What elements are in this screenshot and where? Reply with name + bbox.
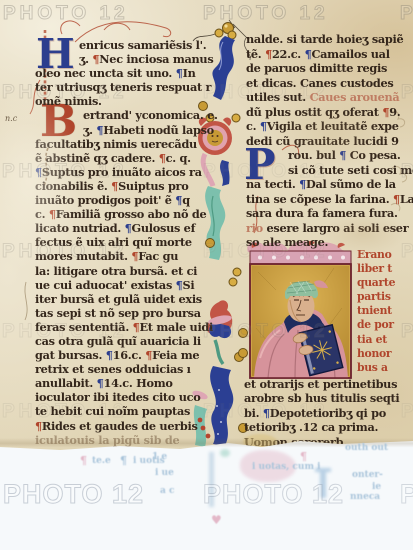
text-segment: bus a: [357, 361, 388, 374]
text-segment: et dicas. Canes custodes: [246, 76, 393, 90]
text-segment: et otrarijs et pertinetibus: [244, 377, 397, 391]
text-segment: utiles sut.: [246, 90, 310, 104]
miniature-portrait: [238, 238, 360, 383]
text-segment: iter bursã et gulã uidet exis: [35, 292, 202, 306]
text-segment: 16.c.: [113, 348, 146, 362]
text-segment: 14.c. Homo: [104, 376, 173, 390]
paragraph-mark: ¶: [263, 406, 270, 420]
text-segment: 9.: [389, 105, 400, 119]
paragraph-mark: ¶: [49, 207, 56, 221]
ghost-text: ie: [372, 482, 381, 492]
text-line: ʒ. ¶Nec inciosa manus: [35, 52, 213, 66]
ghost-blue-mark: [320, 468, 326, 498]
text-segment: rou. bul: [288, 148, 339, 162]
text-segment: ʒ.: [79, 52, 92, 66]
ghost-teal-dot: [220, 449, 230, 457]
ghost-text: i uotas, cum i: [252, 462, 321, 472]
text-segment: oleo nec uncta sit uno.: [35, 66, 176, 80]
text-segment: c. q.: [166, 151, 191, 165]
text-line: partis: [357, 290, 409, 304]
text-segment: anullabit.: [35, 376, 97, 390]
text-line: anullabit. ¶14.c. Homo: [35, 376, 213, 390]
text-line: quarte: [357, 276, 409, 290]
text-line: tẽ. ¶22.c. ¶Camailos ual: [246, 47, 408, 62]
text-segment: honor: [357, 347, 391, 360]
text-line: de por: [357, 318, 409, 332]
ghost-text: ¶: [120, 454, 127, 467]
text-line: oleo nec uncta sit uno. ¶In: [35, 66, 213, 80]
text-line: cionabilis ẽ. ¶Suiptus pro: [35, 179, 213, 193]
text-line: inuãto prodigos poit' ẽ ¶q: [35, 193, 213, 207]
text-segment: nalde. si tarde hoieʒ sapiẽ: [246, 32, 403, 46]
text-segment: ioculator ibi itedes cito uco: [35, 390, 200, 404]
text-line: rio esere largro ai soli eser: [246, 221, 408, 236]
text-line: cas otra gulã quĩ auaricia li: [35, 334, 213, 348]
paragraph-mark: ¶: [159, 151, 166, 165]
text-segment: arobre sb hus titulis seqti: [244, 391, 399, 405]
ghost-blue-streak: [209, 452, 214, 507]
text-segment: ter utriusqʒ teneris respuat r: [35, 80, 211, 94]
text-line: na tecti. ¶Dal sũmo de la: [246, 177, 408, 192]
ghost-text: ¶: [80, 454, 87, 467]
text-segment: Habeti nodũ lapso: [103, 123, 214, 137]
text-segment: rio: [246, 221, 267, 235]
paragraph-mark: ¶: [260, 119, 267, 133]
paragraph-mark: ¶: [393, 192, 400, 206]
text-segment: c.: [246, 119, 260, 133]
stock-photo-page: { "watermark":{ "text":"PHOTO 12", "tile…: [0, 0, 413, 550]
manuscript-photo: H B P n.c enricus samariẽsis l'.ʒ. ¶Nec …: [0, 0, 413, 450]
text-line: liber t: [357, 262, 409, 276]
text-line: tetioribʒ .12 ca prima.: [244, 420, 412, 434]
text-segment: q: [182, 193, 190, 207]
text-line: ter utriusqʒ teneris respuat r: [35, 80, 213, 94]
text-line: ue cui aduocat' existas ¶Si: [35, 278, 213, 292]
text-segment: Dal sũmo de la: [306, 177, 396, 191]
text-line: arobre sb hus titulis seqti: [244, 391, 412, 405]
text-segment: Caues arouenã: [310, 90, 400, 104]
text-segment: ẽ abstinẽ qʒ cadere.: [35, 151, 159, 165]
text-line: rou. bul ¶ Co pesa.: [246, 148, 408, 163]
text-segment: ue cui aduocat' existas: [35, 278, 176, 292]
text-segment: ertrand' yconomica. e.: [83, 108, 218, 122]
text-line: enricus samariẽsis l'.: [35, 38, 213, 52]
text-line: ertrand' yconomica. e.: [35, 108, 213, 122]
text-line: la: litigare otra bursã. et ci: [35, 264, 213, 278]
rubric-column: Eranoliber tquartepartistnientde portia …: [357, 248, 409, 375]
paragraph-mark: ¶: [299, 177, 306, 191]
text-segment: Rides et gaudes de uerbis: [42, 419, 198, 433]
text-segment: enricus samariẽsis l'.: [79, 38, 206, 52]
text-segment: Erano: [357, 248, 391, 261]
text-segment: retrix et senes odduicias ı: [35, 362, 191, 376]
text-segment: partis: [357, 290, 391, 303]
text-line: de paruos dimitte regis: [246, 61, 408, 76]
text-segment: dũ plus ostit qʒ oferat: [246, 105, 382, 119]
text-segment: 22.c.: [272, 47, 305, 61]
text-segment: In: [183, 66, 196, 80]
text-segment: tas sepi st nõ sep pro bursa: [35, 306, 201, 320]
text-segment: La: [400, 192, 413, 206]
text-line: et otrarijs et pertinetibus: [244, 377, 412, 391]
text-segment: mores mutabit.: [35, 249, 131, 263]
text-line: te hebit cui noĩm pauptas: [35, 404, 213, 418]
text-segment: omẽ nimis.: [35, 94, 102, 108]
text-line: dedi cũ grauitate lucidi 9: [246, 134, 408, 149]
text-line: nalde. si tarde hoieʒ sapiẽ: [246, 32, 408, 47]
text-line: facultatibʒ nimis uerecãdu: [35, 137, 213, 151]
text-line: gat bursas. ¶16.c. ¶Feia me: [35, 348, 213, 362]
text-segment: cas otra gulã quĩ auaricia li: [35, 334, 201, 348]
text-line: tina se cõpese la farina. ¶La: [246, 192, 408, 207]
text-line: mores mutabit. ¶Fac gu: [35, 249, 213, 263]
text-segment: inuãto prodigos poit' ẽ: [35, 193, 175, 207]
paragraph-mark: ¶: [35, 165, 42, 179]
paragraph-mark: ¶: [176, 278, 183, 292]
text-segment: licato nutriad.: [35, 221, 125, 235]
text-segment: Camailos ual: [311, 47, 389, 61]
text-line: retrix et senes odduicias ı: [35, 362, 213, 376]
paragraph-mark: ¶: [265, 47, 272, 61]
text-line: tnient: [357, 304, 409, 318]
ghost-text: 1 e: [152, 452, 167, 462]
text-segment: Co pesa.: [346, 148, 400, 162]
text-segment: na tecti.: [246, 177, 299, 191]
text-segment: tina se cõpese la farina.: [246, 192, 393, 206]
right-text-column-top: nalde. si tarde hoieʒ sapiẽtẽ. ¶22.c. ¶C…: [246, 32, 408, 250]
marginal-note: n.c: [5, 114, 17, 123]
text-segment: Vigila et leuitatẽ expe: [267, 119, 399, 133]
text-line: si cõ tute seti cosi me: [246, 163, 408, 178]
text-line: licato nutriad. ¶Gulosus ef: [35, 221, 213, 235]
text-line: c. ¶Vigila et leuitatẽ expe: [246, 119, 408, 134]
text-segment: Fac gu: [138, 249, 178, 263]
text-line: iter bursã et gulã uidet exis: [35, 292, 213, 306]
text-line: utiles sut. Caues arouenã: [246, 90, 408, 105]
text-line: c. ¶Familiã grosso abo nõ de: [35, 207, 213, 221]
text-line: ¶Suptus pro inuãto aicos ra: [35, 165, 213, 179]
text-line: tas sepi st nõ sep pro bursa: [35, 306, 213, 320]
text-segment: Et male uidi: [139, 320, 213, 334]
text-line: omẽ nimis.: [35, 94, 213, 108]
text-line: bus a: [357, 361, 409, 375]
paragraph-mark: ¶: [125, 221, 132, 235]
text-segment: tetioribʒ .12 ca prima.: [244, 420, 378, 434]
text-segment: Depotetioribʒ qi po: [270, 406, 386, 420]
paragraph-mark: ¶: [97, 376, 104, 390]
text-line: ẽ abstinẽ qʒ cadere. ¶c. q.: [35, 151, 213, 165]
bleed-through-strip: ¶te.e¶i uotis1 ei uea couth out¶i uotas,…: [0, 441, 413, 550]
text-segment: cionabilis ẽ.: [35, 179, 111, 193]
text-line: dũ plus ostit qʒ oferat ¶9.: [246, 105, 408, 120]
text-segment: Nec inciosa manus: [99, 52, 213, 66]
text-segment: quarte: [357, 276, 395, 289]
text-segment: si cõ tute seti cosi me: [288, 163, 413, 177]
text-segment: tẽ.: [246, 47, 265, 61]
text-segment: Familiã grosso abo nõ de: [56, 207, 207, 221]
text-segment: tnient: [357, 304, 392, 317]
text-line: feras sententiã. ¶Et male uidi: [35, 320, 213, 334]
text-segment: dedi cũ grauitate lucidi 9: [246, 134, 399, 148]
text-segment: gat bursas.: [35, 348, 106, 362]
ghost-text: a c: [160, 486, 174, 496]
text-segment: Gulosus ef: [132, 221, 196, 235]
paragraph-mark: ¶: [106, 348, 113, 362]
text-segment: te hebit cui noĩm pauptas: [35, 404, 190, 418]
text-segment: fectus ẽ uix alri quĩ morte: [35, 235, 192, 249]
text-segment: tia et: [357, 333, 387, 346]
text-line: fectus ẽ uix alri quĩ morte: [35, 235, 213, 249]
text-line: ioculator ibi itedes cito uco: [35, 390, 213, 404]
ghost-text: outh out: [345, 443, 388, 453]
ghost-text: nneca: [350, 492, 380, 502]
text-line: honor: [357, 347, 409, 361]
text-segment: la: litigare otra bursã. et ci: [35, 264, 197, 278]
text-line: ʒ. ¶Habeti nodũ lapso: [35, 123, 213, 137]
text-segment: de paruos dimitte regis: [246, 61, 387, 75]
ghost-text: onter-: [352, 470, 383, 480]
text-line: sara dura fa famera fura.: [246, 206, 408, 221]
paragraph-mark: ¶: [176, 66, 183, 80]
text-line: ¶Rides et gaudes de uerbis: [35, 419, 213, 433]
text-segment: sara dura fa famera fura.: [246, 206, 398, 220]
text-segment: feras sententiã.: [35, 320, 133, 334]
text-segment: de por: [357, 318, 394, 331]
text-segment: facultatibʒ nimis uerecãdu: [35, 137, 197, 151]
ghost-text: ♥: [211, 513, 222, 527]
text-segment: so ale meage.: [246, 235, 328, 249]
text-segment: esere largro ai soli eser: [267, 221, 409, 235]
text-line: tia et: [357, 333, 409, 347]
paragraph-mark: ¶: [35, 419, 42, 433]
text-segment: bi.: [244, 406, 263, 420]
text-line: Erano: [357, 248, 409, 262]
text-segment: Si: [183, 278, 195, 292]
text-segment: ʒ.: [83, 123, 96, 137]
text-line: et dicas. Canes custodes: [246, 76, 408, 91]
text-segment: Suiptus pro: [118, 179, 188, 193]
text-segment: Suptus pro inuãto aicos ra: [42, 165, 202, 179]
text-segment: Feia me: [152, 348, 199, 362]
text-segment: c.: [35, 207, 49, 221]
text-segment: liber t: [357, 262, 392, 275]
left-text-column: enricus samariẽsis l'.ʒ. ¶Nec inciosa ma…: [35, 38, 213, 447]
text-line: bi. ¶Depotetioribʒ qi po: [244, 406, 412, 420]
ghost-text: te.e: [92, 456, 111, 466]
ghost-text: i ue: [155, 468, 174, 478]
